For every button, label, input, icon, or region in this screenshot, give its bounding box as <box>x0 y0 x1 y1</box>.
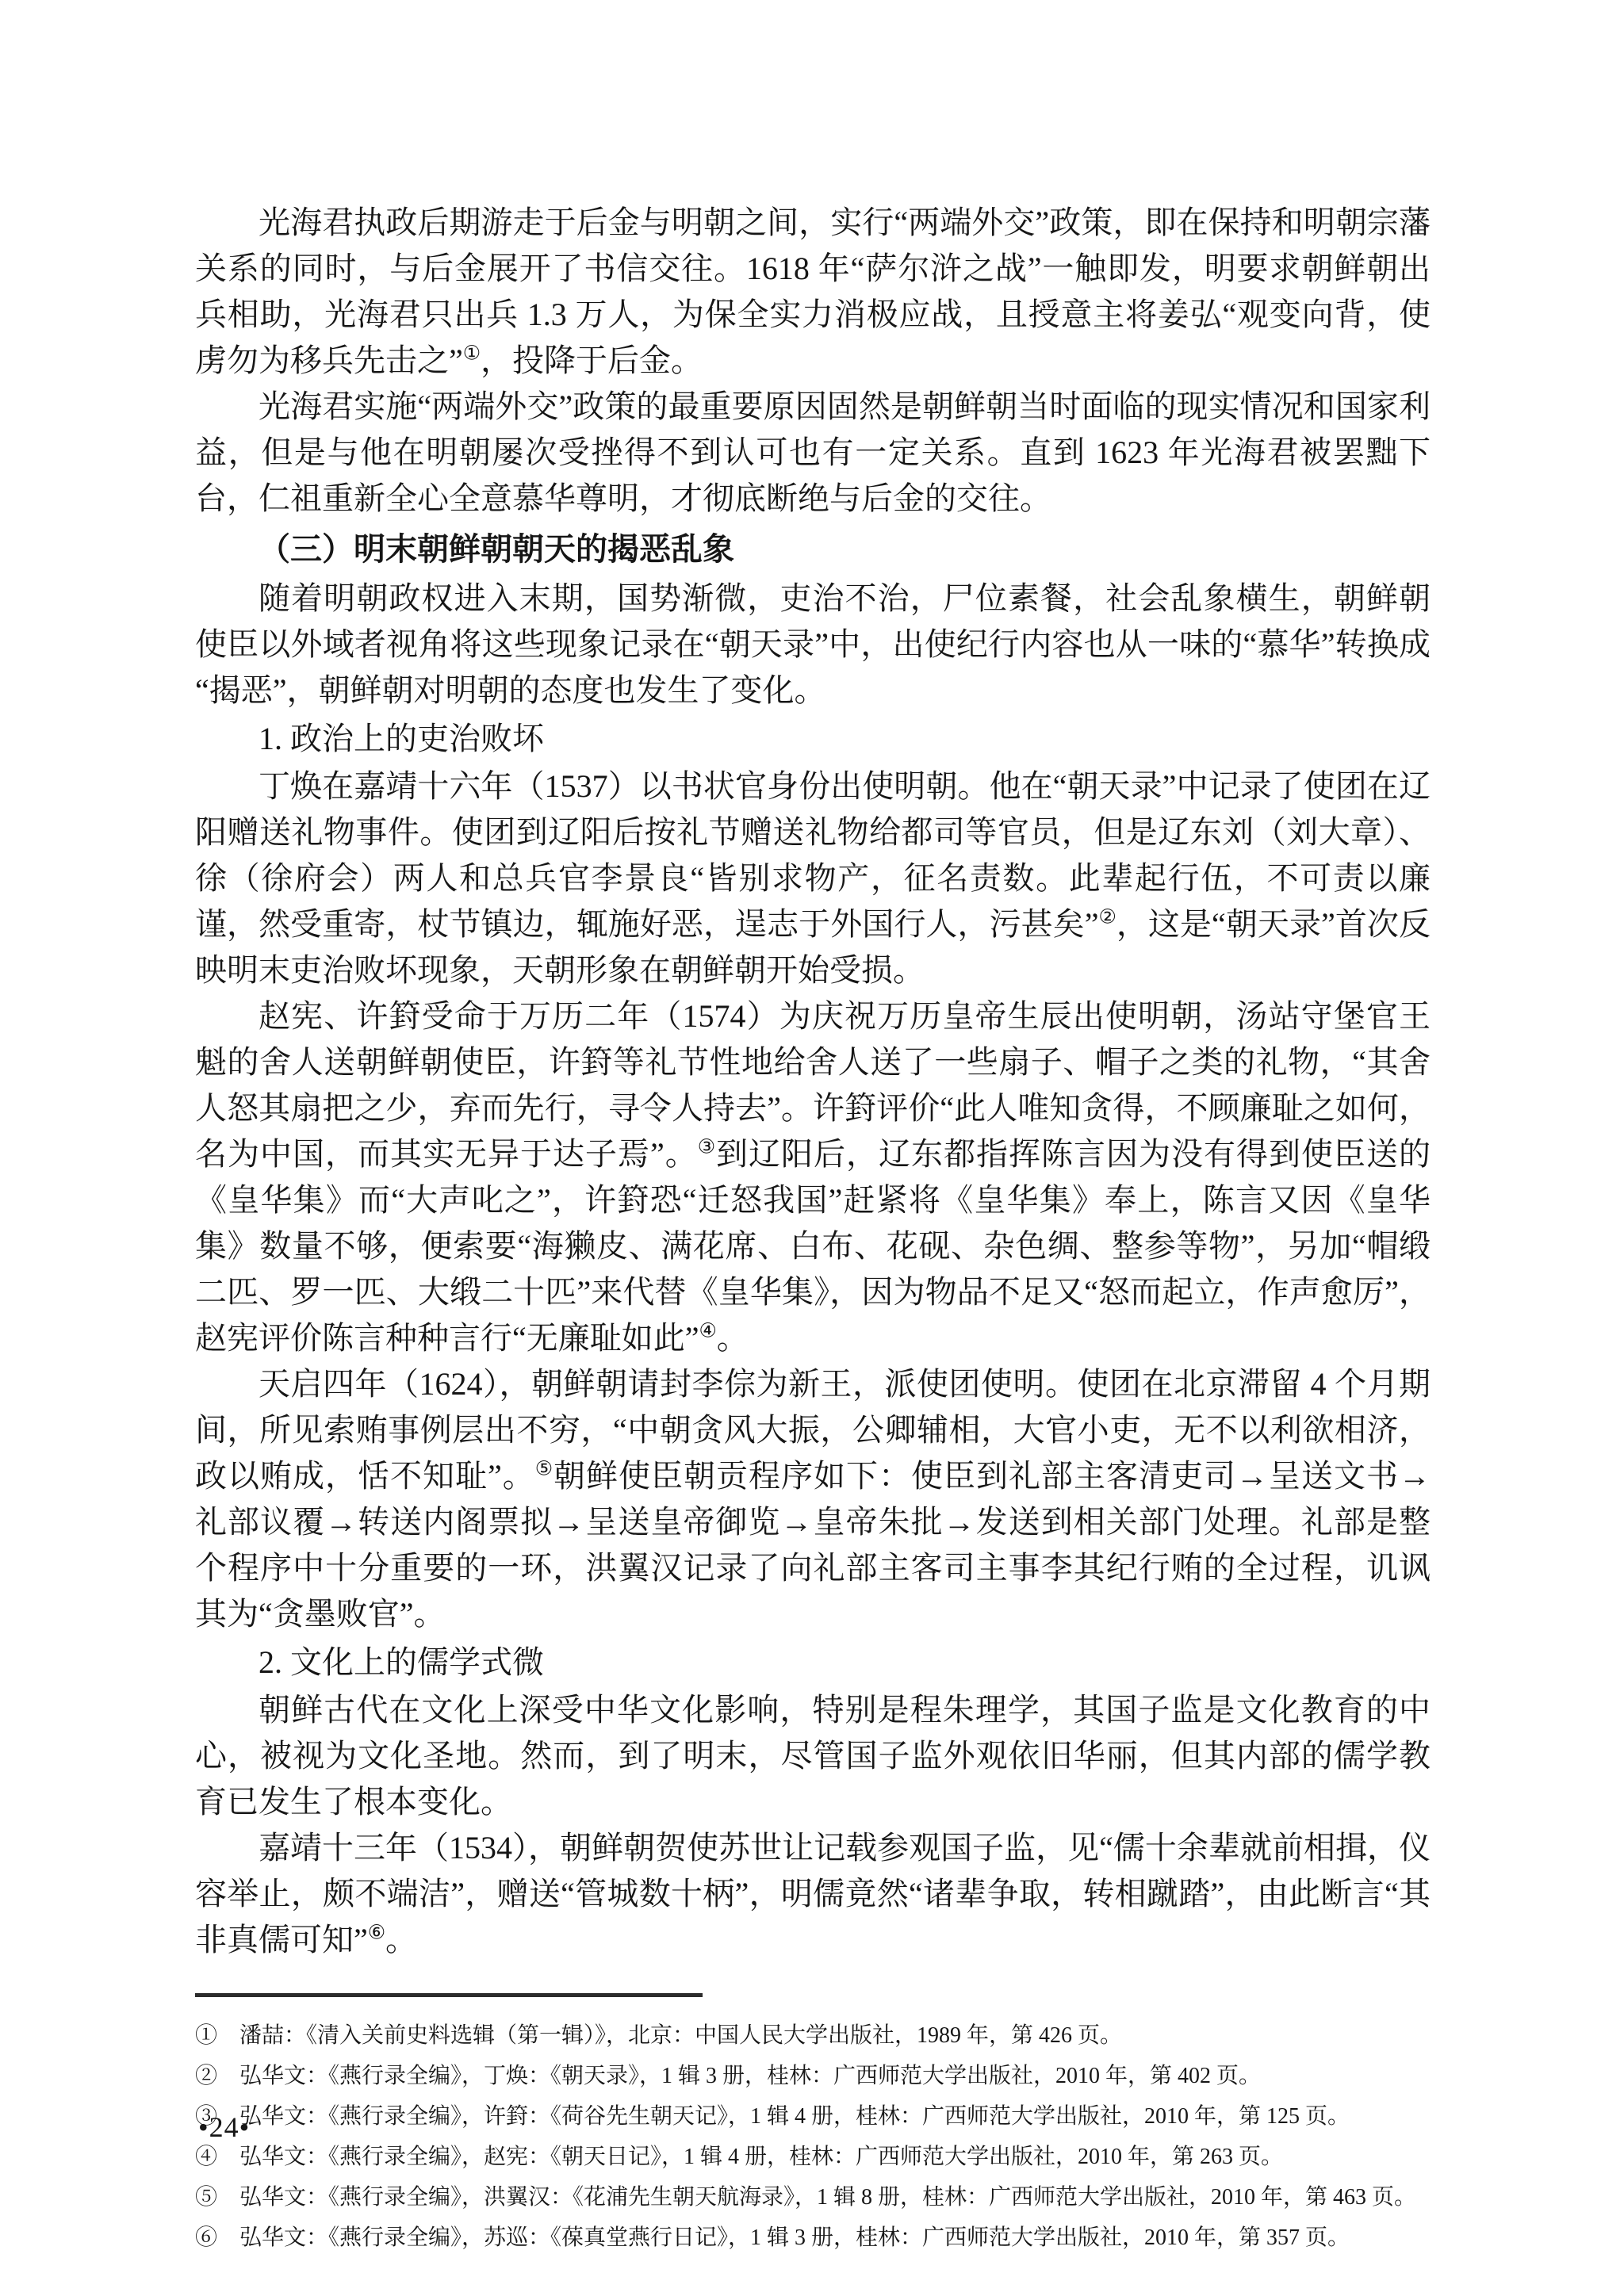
page-number: •24• <box>198 2110 250 2144</box>
footnote: ③ 弘华文：《燕行录全编》，许篈：《荷谷先生朝天记》，1 辑 4 册，桂林：广西… <box>195 2099 1431 2134</box>
footnote: ② 弘华文：《燕行录全编》，丁焕：《朝天录》，1 辑 3 册，桂林：广西师范大学… <box>195 2058 1431 2094</box>
paragraph: 光海君实施“两端外交”政策的最重要原因固然是朝鲜朝当时面临的现实情况和国家利益，… <box>195 384 1431 522</box>
footnotes: ① 潘喆：《清入关前史料选辑（第一辑）》，北京：中国人民大学出版社，1989 年… <box>195 2018 1431 2256</box>
paragraph: 随着明朝政权进入末期，国势渐微，吏治不治，尸位素餐，社会乱象横生，朝鲜朝使臣以外… <box>195 576 1431 714</box>
footnote-reference: ⑤ <box>535 1459 553 1480</box>
footnote: ⑥ 弘华文：《燕行录全编》，苏巡：《葆真堂燕行日记》，1 辑 3 册，桂林：广西… <box>195 2220 1431 2256</box>
text-block: 光海君执政后期游走于后金与明朝之间，实行“两端外交”政策，即在保持和明朝宗藩关系… <box>195 200 1431 2260</box>
paragraph: 赵宪、许篈受命于万历二年（1574）为庆祝万历皇帝生辰出使明朝，汤站守堡官王魁的… <box>195 993 1431 1361</box>
paragraph: 天启四年（1624），朝鲜朝请封李倧为新王，派使团使明。使团在北京滞留 4 个月… <box>195 1361 1431 1637</box>
footnote: ④ 弘华文：《燕行录全编》，赵宪：《朝天日记》，1 辑 4 册，桂林：广西师范大… <box>195 2139 1431 2175</box>
footnote-reference: ④ <box>699 1321 717 1342</box>
section-heading: 1. 政治上的吏治败坏 <box>195 716 1431 762</box>
paragraph: 光海君执政后期游走于后金与明朝之间，实行“两端外交”政策，即在保持和明朝宗藩关系… <box>195 200 1431 384</box>
section-heading: 2. 文化上的儒学式微 <box>195 1640 1431 1686</box>
footnote: ① 潘喆：《清入关前史料选辑（第一辑）》，北京：中国人民大学出版社，1989 年… <box>195 2018 1431 2053</box>
footnote-reference: ① <box>463 343 481 365</box>
footnote-separator <box>195 1993 703 1997</box>
paragraph: 丁焕在嘉靖十六年（1537）以书状官身份出使明朝。他在“朝天录”中记录了使团在辽… <box>195 763 1431 993</box>
document-page: 光海君执政后期游走于后金与明朝之间，实行“两端外交”政策，即在保持和明朝宗藩关系… <box>0 0 1624 2296</box>
section-heading: （三）明末朝鲜朝朝天的揭恶乱象 <box>195 526 1431 572</box>
footnote: ⑤ 弘华文：《燕行录全编》，洪翼汉：《花浦先生朝天航海录》，1 辑 8 册，桂林… <box>195 2179 1431 2215</box>
body-paragraphs: 光海君执政后期游走于后金与明朝之间，实行“两端外交”政策，即在保持和明朝宗藩关系… <box>195 200 1431 1963</box>
footnote-reference: ③ <box>698 1137 716 1158</box>
footnote-reference: ② <box>1099 907 1116 928</box>
footnote-reference: ⑥ <box>368 1923 385 1944</box>
paragraph: 嘉靖十三年（1534），朝鲜朝贺使苏世让记载参观国子监，见“儒十余辈就前相揖，仪… <box>195 1825 1431 1963</box>
paragraph: 朝鲜古代在文化上深受中华文化影响，特别是程朱理学，其国子监是文化教育的中心，被视… <box>195 1687 1431 1825</box>
